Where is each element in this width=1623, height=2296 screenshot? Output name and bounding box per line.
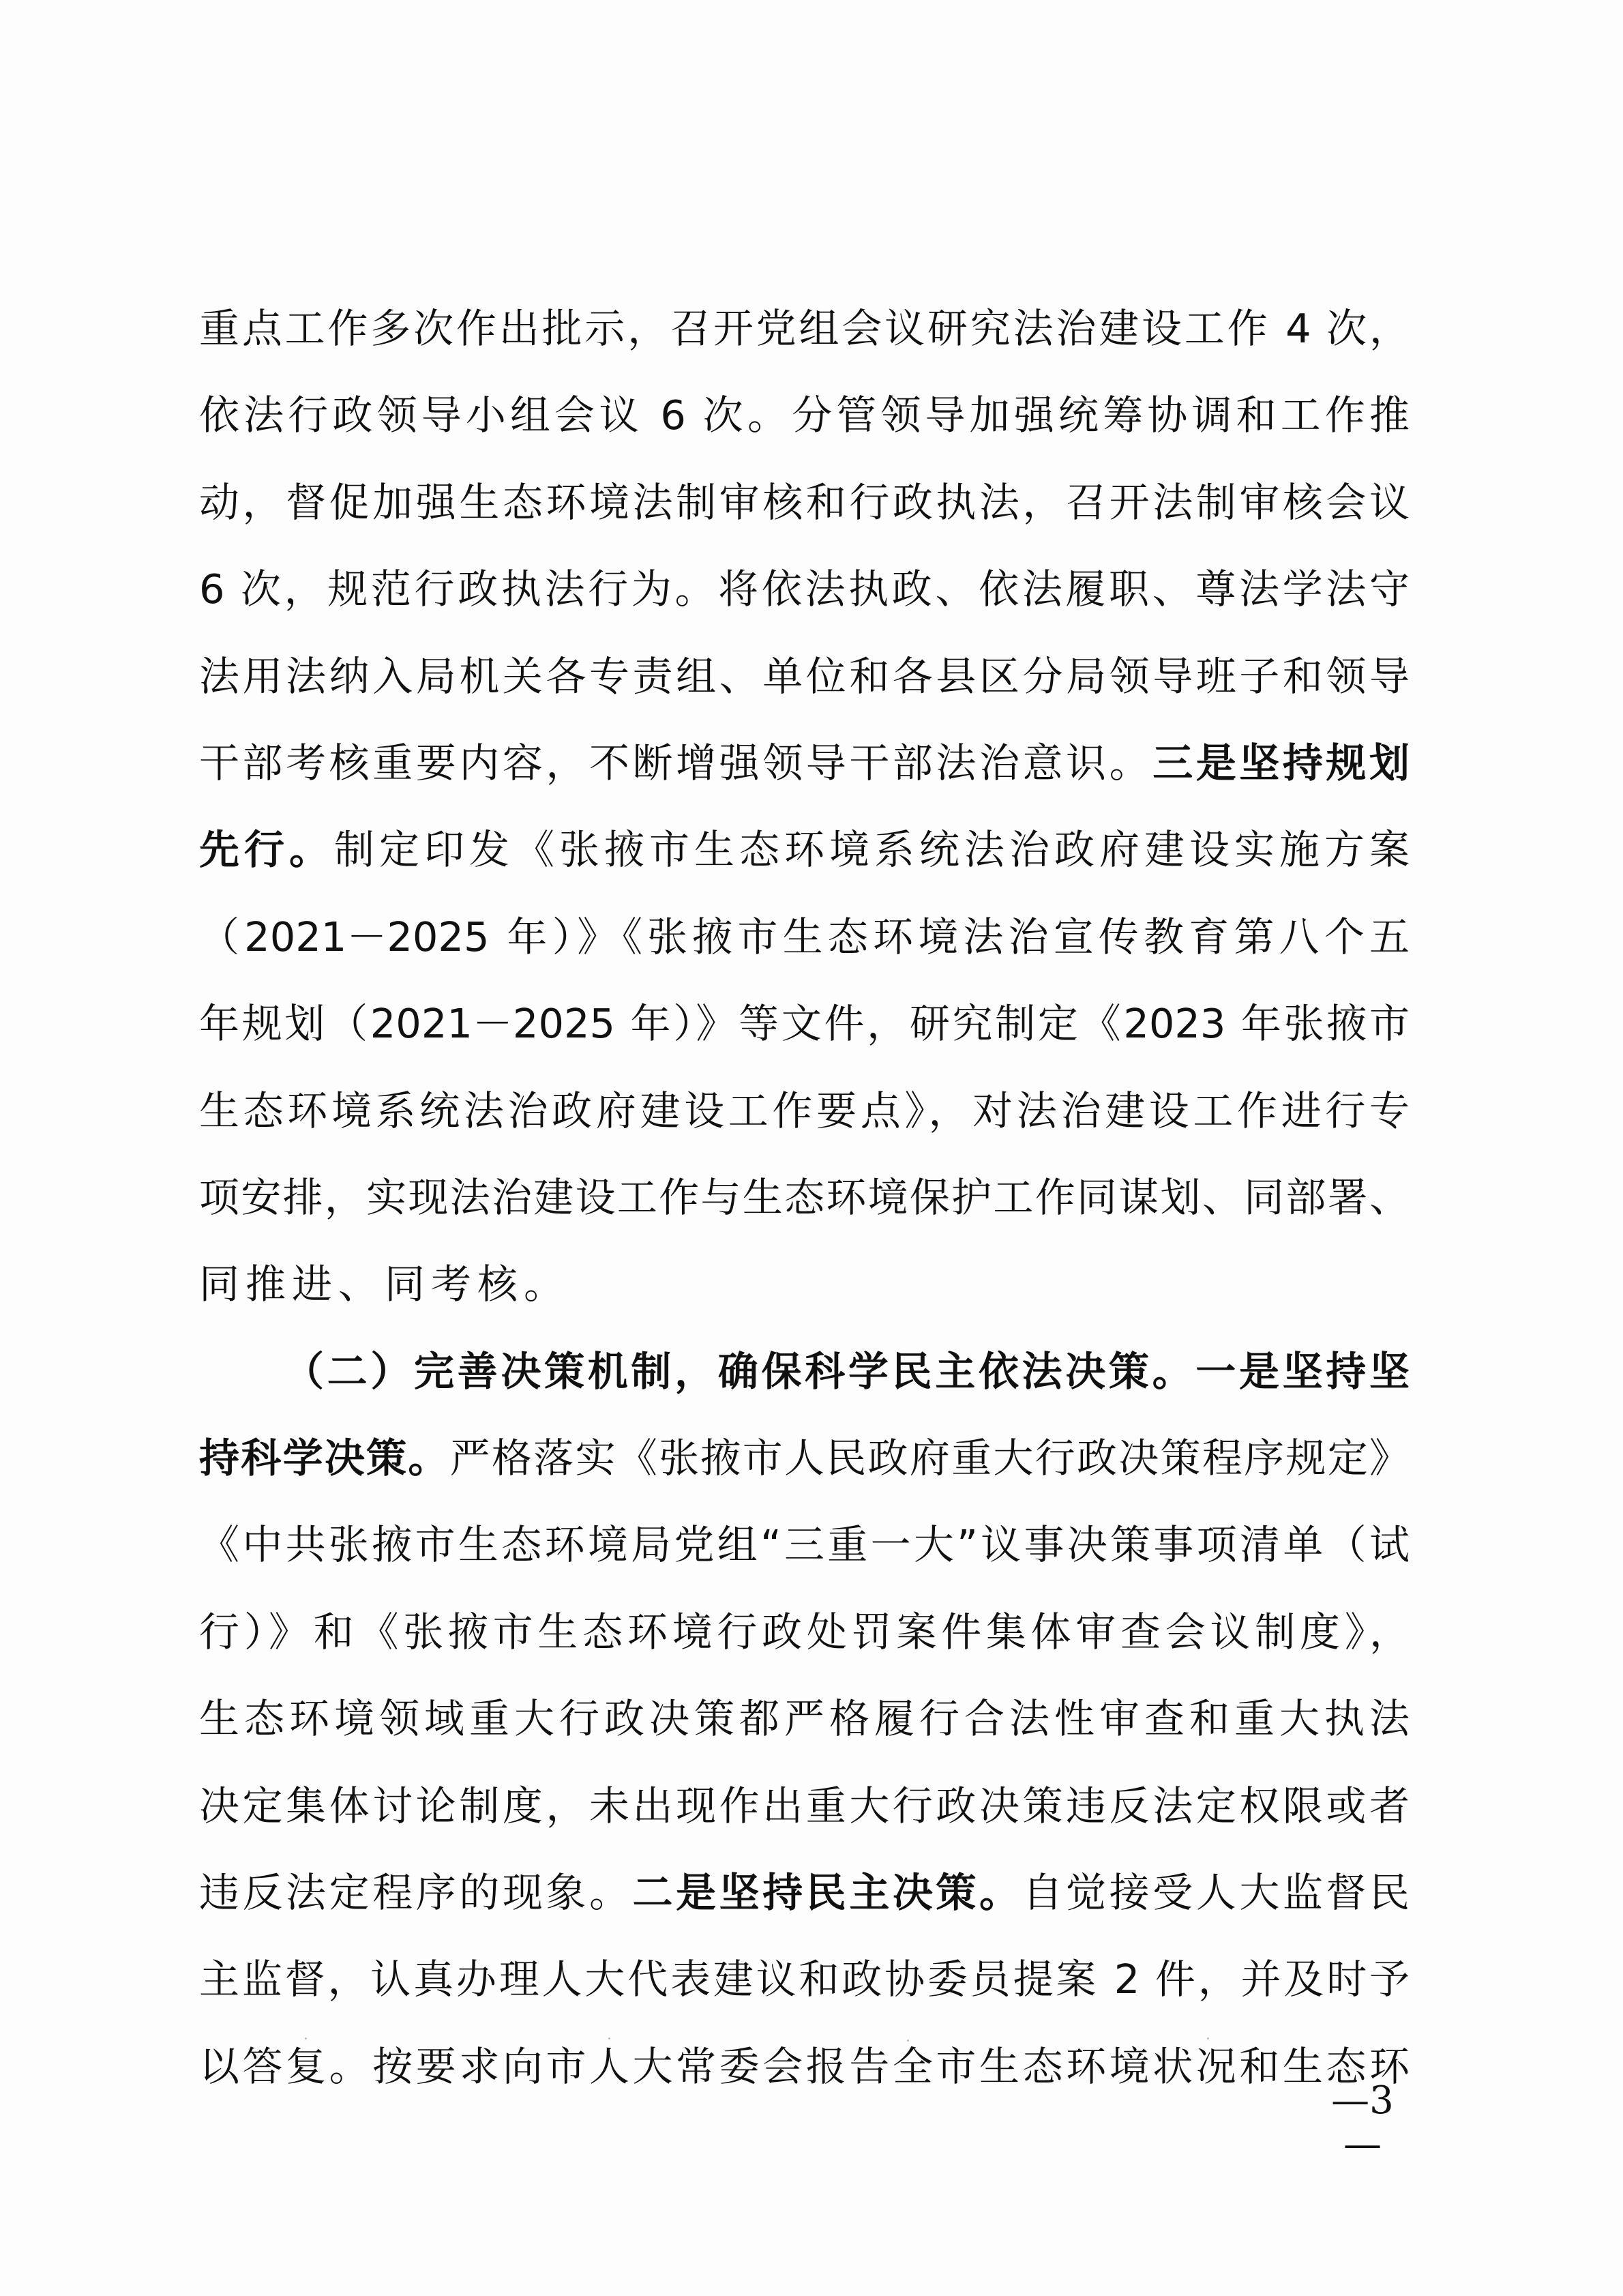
document-page: 重点工作多次作出批示，召开党组会议研究法治建设工作 4 次， 依法行政领导小组会… [0, 0, 1623, 2296]
text-line: 以答复。按要求向市人大常委会报告全市生态环境状况和生态环 [199, 2023, 1410, 2110]
scan-artifact [608, 2037, 610, 2040]
text-line: 行）》和《张掖市生态环境行政处罚案件集体审查会议制度》， [199, 1589, 1410, 1675]
section-heading: （二）完善决策机制，确保科学民主依法决策。一是坚持坚 [284, 1348, 1410, 1395]
emphasis-heading: 二是坚持民主决策。 [633, 1869, 1023, 1916]
document-body: 重点工作多次作出批示，召开党组会议研究法治建设工作 4 次， 依法行政领导小组会… [199, 285, 1410, 2110]
text-line: 主监督，认真办理人大代表建议和政协委员提案 2 件，并及时予 [199, 1936, 1410, 2022]
text-line: 生态环境领域重大行政决策都严格履行合法性审查和重大执法 [199, 1675, 1410, 1762]
emphasis-heading: 先行。 [199, 826, 334, 873]
text-line: 先行。制定印发《张掖市生态环境系统法治政府建设实施方案 [199, 806, 1410, 893]
text-line: 动，督促加强生态环境法制审核和行政执法，召开法制审核会议 [199, 459, 1410, 546]
text-line: 同推进、同考核。 [199, 1241, 1410, 1327]
scan-artifact [1207, 2037, 1209, 2040]
scan-artifact [907, 2040, 909, 2042]
text-line: 决定集体讨论制度，未出现作出重大行政决策违反法定权限或者 [199, 1763, 1410, 1849]
section-heading-line: （二）完善决策机制，确保科学民主依法决策。一是坚持坚 [199, 1328, 1410, 1415]
text-line: 违反法定程序的现象。二是坚持民主决策。自觉接受人大监督民 [199, 1849, 1410, 1936]
text-line: 干部考核重要内容，不断增强领导干部法治意识。三是坚持规划 [199, 720, 1410, 806]
text-line: 生态环境系统法治政府建设工作要点》，对法治建设工作进行专 [199, 1068, 1410, 1154]
text-line: 6 次，规范行政执法行为。将依法执政、依法履职、尊法学法守 [199, 546, 1410, 632]
text-line: 项安排，实现法治建设工作与生态环境保护工作同谋划、同部署、 [199, 1154, 1410, 1241]
text-line: 《中共张掖市生态环境局党组“三重一大”议事决策事项清单（试 [199, 1501, 1410, 1588]
emphasis-heading: 三是坚持规划 [1152, 739, 1410, 786]
text-line: 依法行政领导小组会议 6 次。分管领导加强统筹协调和工作推 [199, 372, 1410, 458]
scan-artifact [305, 2037, 307, 2040]
text-line: 年规划（2021－2025 年）》等文件，研究制定《2023 年张掖市 [199, 980, 1410, 1067]
text-line: 法用法纳入局机关各专责组、单位和各县区分局领导班子和领导 [199, 633, 1410, 720]
emphasis-heading: 持科学决策。 [199, 1434, 450, 1482]
page-number: —3— [1315, 2079, 1410, 2166]
text-line: 持科学决策。严格落实《张掖市人民政府重大行政决策程序规定》 [199, 1415, 1410, 1501]
text-line: （2021－2025 年）》《张掖市生态环境法治宣传教育第八个五 [199, 894, 1410, 980]
text-line: 重点工作多次作出批示，召开党组会议研究法治建设工作 4 次， [199, 285, 1410, 372]
